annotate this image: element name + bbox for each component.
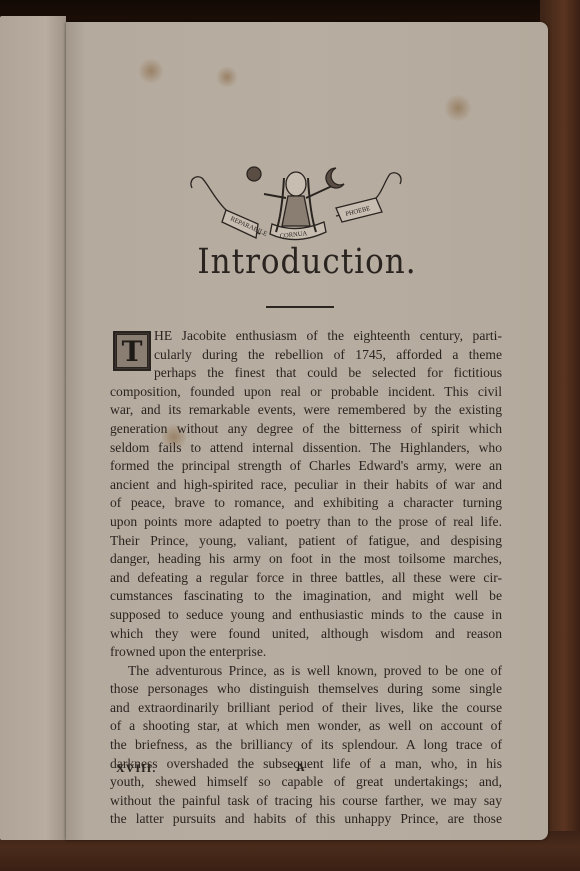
text-line: frowned upon the enterprise. xyxy=(110,643,502,662)
text-line: The adventurous Prince, as is well known… xyxy=(110,662,502,681)
text-line: seldom fails to attend internal dissenti… xyxy=(110,439,502,458)
text-line: danger, heading his army on foot in the … xyxy=(110,550,502,569)
text-line: which they were found united, although w… xyxy=(110,625,502,644)
text-line: and extraordinarily brilliant period of … xyxy=(110,699,502,718)
text-line: darkness overshaded the subsequent life … xyxy=(110,755,502,774)
text-line: those personages who distinguish themsel… xyxy=(110,680,502,699)
text-line: youth, shewed himself so capable of grea… xyxy=(110,773,502,792)
text-line: upon points more adapted to poetry than … xyxy=(110,513,502,532)
text-line: without the painful task of tracing his … xyxy=(110,792,502,811)
signature-mark: A xyxy=(296,760,305,775)
text-line: HE Jacobite enthusiasm of the eighteenth… xyxy=(110,327,502,346)
volume-signature: XVIII. xyxy=(116,761,156,776)
text-line: the latter pursuits and habits of this u… xyxy=(110,810,502,829)
text-line: of a shooting star, at which men wonder,… xyxy=(110,717,502,736)
body-text: HE Jacobite enthusiasm of the eighteenth… xyxy=(110,327,502,829)
background-top xyxy=(0,0,580,24)
text-line: generation without any degree of the bit… xyxy=(110,420,502,439)
text-line: war, and its remarkable events, were rem… xyxy=(110,401,502,420)
foxing-stain xyxy=(444,94,472,122)
text-line: and defeating a regular force in three b… xyxy=(110,569,502,588)
text-line: cularly during the rebellion of 1745, af… xyxy=(110,346,502,365)
text-line: composition, founded upon real or probab… xyxy=(110,383,502,402)
title-rule xyxy=(266,306,334,308)
text-line: supposed to seduce young and enthusiasti… xyxy=(110,606,502,625)
paragraph-2: The adventurous Prince, as is well known… xyxy=(110,662,502,829)
text-line: cumstances fascinating to the imaginatio… xyxy=(110,587,502,606)
paragraph-1: HE Jacobite enthusiasm of the eighteenth… xyxy=(110,327,502,662)
text-line: of peace, brave to romance, and exhibiti… xyxy=(110,494,502,513)
text-line: Their Prince, young, valiant, patient of… xyxy=(110,532,502,551)
text-line: perhaps the finest that could be selecte… xyxy=(110,364,502,383)
text-line: the briefness, as the brilliancy of its … xyxy=(110,736,502,755)
facing-page-edge xyxy=(0,16,66,840)
text-line: ancient and high-spirited race, peculiar… xyxy=(110,476,502,495)
text-line: formed the principal strength of Charles… xyxy=(110,457,502,476)
foxing-stain xyxy=(138,58,164,84)
foxing-stain xyxy=(216,66,238,88)
chapter-title: Introduction. xyxy=(66,242,548,282)
engraved-ornament-icon: REPARABILE CORNUA PHOEBE xyxy=(186,154,406,250)
